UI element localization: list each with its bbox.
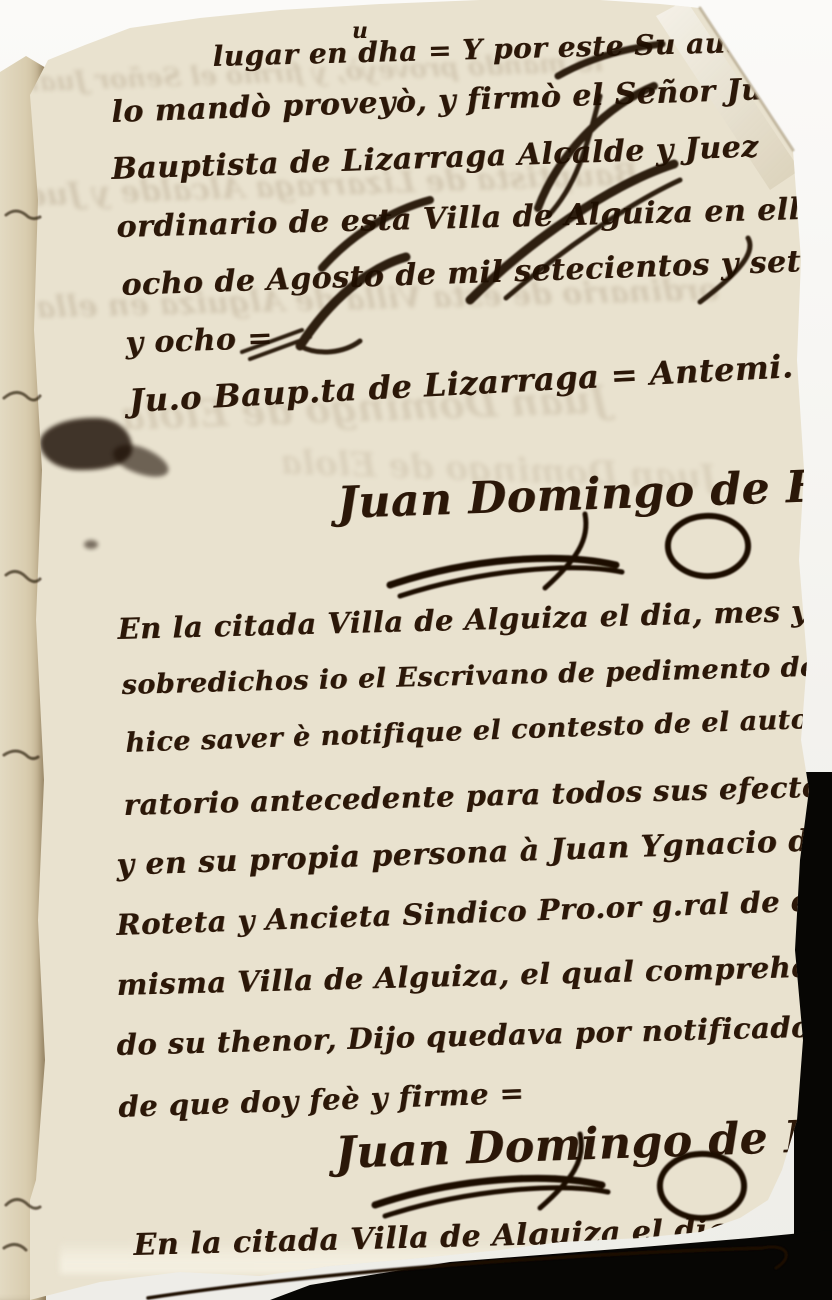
- manuscript-line: y ocho =: [125, 321, 274, 361]
- manuscript-line: ratorio antecedente para todos sus efect…: [123, 769, 832, 822]
- manuscript-line: En la citada Villa de Alguiza el dia, me…: [117, 592, 832, 646]
- manuscript-line: y en su propia persona à Juan Ygnacio de: [116, 823, 830, 883]
- manuscript-line: hice saver è notifique el contesto de el…: [125, 701, 832, 759]
- manuscript-page: lo mandò proveyò, y firmò el Señor Juan …: [0, 0, 832, 1300]
- manuscript-line: Roteta y Ancieta Sindico Pro.or g.ral de…: [116, 882, 832, 942]
- manuscript-line: sobredichos io el Escrivano de pedimento…: [121, 648, 832, 701]
- manuscript-line: misma Villa de Alguiza, el qual comprehe…: [116, 948, 832, 1002]
- ink-blot: [84, 540, 98, 549]
- escribano-signature: Juan Domingo de Elola: [334, 1108, 832, 1179]
- manuscript-line: de que doy feè y firme =: [118, 1076, 525, 1124]
- manuscript-scan: lo mandò proveyò, y firmò el Señor Juan …: [0, 0, 832, 1300]
- manuscript-line: do su thenor, Dijo quedava por notificad…: [116, 1010, 811, 1062]
